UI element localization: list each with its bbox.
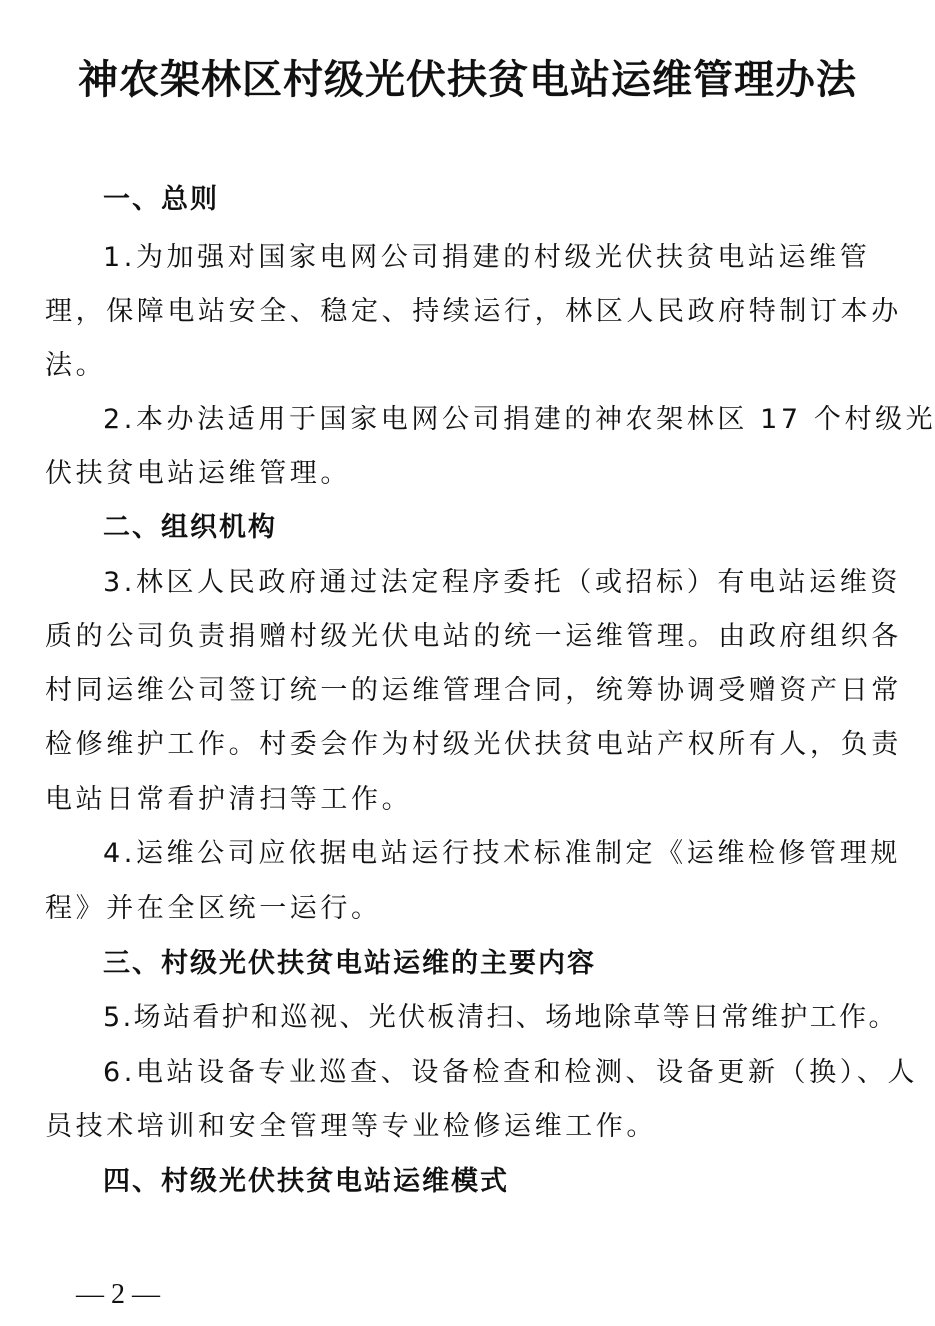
paragraph-4-line-2: 程》并在全区统一运行。 [45,889,885,929]
paragraph-4-line-1: 4.运维公司应依据电站运行技术标准制定《运维检修管理规 [103,834,935,874]
paragraph-1-line-3: 法。 [45,346,885,386]
paragraph-1-line-1: 1.为加强对国家电网公司捐建的村级光伏扶贫电站运维管 [103,238,935,278]
paragraph-5-line-1: 5.场站看护和巡视、光伏板清扫、场地除草等日常维护工作。 [103,998,935,1038]
paragraph-3-line-5: 电站日常看护清扫等工作。 [45,780,885,820]
paragraph-2-line-1: 2.本办法适用于国家电网公司捐建的神农架林区 17 个村级光 [103,400,935,440]
paragraph-3-line-1: 3.林区人民政府通过法定程序委托（或招标）有电站运维资 [103,563,935,603]
section-heading-main-content: 三、村级光伏扶贫电站运维的主要内容 [103,944,596,984]
paragraph-3-line-3: 村同运维公司签订统一的运维管理合同，统筹协调受赠资产日常 [45,671,885,711]
paragraph-3-line-4: 检修维护工作。村委会作为村级光伏扶贫电站产权所有人，负责 [45,725,885,765]
paragraph-1-line-2: 理，保障电站安全、稳定、持续运行，林区人民政府特制订本办 [45,292,885,332]
section-heading-organization: 二、组织机构 [103,508,277,548]
page-number: — 2 — [76,1278,160,1312]
document-title: 神农架林区村级光伏扶贫电站运维管理办法 [0,52,935,108]
section-heading-operation-mode: 四、村级光伏扶贫电站运维模式 [103,1162,509,1202]
paragraph-6-line-1: 6.电站设备专业巡查、设备检查和检测、设备更新（换）、人 [103,1053,935,1093]
section-heading-general: 一、总则 [103,180,219,220]
paragraph-3-line-2: 质的公司负责捐赠村级光伏电站的统一运维管理。由政府组织各 [45,617,885,657]
paragraph-2-line-2: 伏扶贫电站运维管理。 [45,454,885,494]
paragraph-6-line-2: 员技术培训和安全管理等专业检修运维工作。 [45,1107,885,1147]
